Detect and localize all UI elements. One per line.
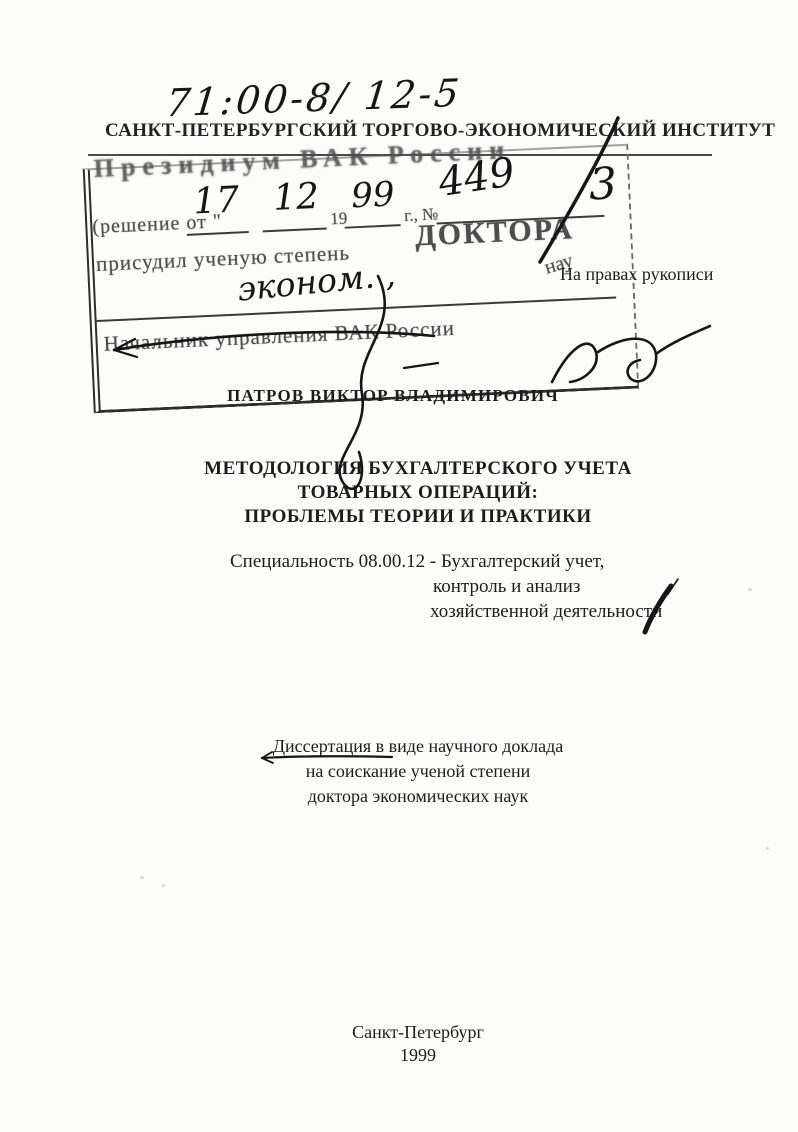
dissertation-line-3: доктора экономических наук	[100, 784, 736, 809]
dissertation-line-1-rest: в виде научного доклада	[371, 736, 563, 756]
handwritten-month: 12	[272, 176, 320, 219]
handwritten-number: 449	[436, 149, 518, 206]
dissertation-underlined-word: Диссертация	[273, 736, 371, 756]
handwritten-number-suffix: 3	[588, 158, 618, 210]
title-line-2: ТОВАРНЫХ ОПЕРАЦИЙ:	[100, 481, 736, 505]
scan-speck	[140, 876, 144, 879]
year: 1999	[100, 1044, 736, 1067]
title-line-3: ПРОБЛЕМЫ ТЕОРИИ И ПРАКТИКИ	[100, 505, 736, 529]
scan-speck	[766, 847, 769, 850]
stamp-official-title: Начальник управления ВАК России	[103, 316, 455, 357]
stamp-degree: ДОКТОРА	[414, 212, 574, 253]
specialty-line-1: Специальность 08.00.12 - Бухгалтерский у…	[230, 549, 690, 574]
scanned-title-page: 71:00-8/ 12-5 САНКТ-ПЕТЕРБУРГСКИЙ ТОРГОВ…	[0, 0, 798, 1132]
scan-speck	[748, 588, 752, 591]
stamp-separator-line	[97, 296, 617, 322]
dissertation-title: МЕТОДОЛОГИЯ БУХГАЛТЕРСКОГО УЧЕТА ТОВАРНЫ…	[100, 457, 736, 529]
dissertation-line-1: Диссертация в виде научного доклада	[100, 734, 736, 759]
dissertation-line-2: на соискание ученой степени	[100, 759, 736, 784]
stamp-blank-line	[345, 224, 401, 229]
specialty-block: Специальность 08.00.12 - Бухгалтерский у…	[230, 549, 690, 624]
handwritten-inventory-number: 71:00-8/ 12-5	[164, 71, 464, 126]
title-line-1: МЕТОДОЛОГИЯ БУХГАЛТЕРСКОГО УЧЕТА	[100, 457, 736, 481]
author-name: ПАТРОВ ВИКТОР ВЛАДИМИРОВИЧ	[75, 386, 711, 406]
specialty-line-2: контроль и анализ	[433, 574, 690, 599]
dissertation-type-block: Диссертация в виде научного доклада на с…	[100, 734, 736, 809]
handwritten-day: 17	[192, 179, 240, 222]
handwritten-year: 99	[350, 174, 395, 216]
official-signature	[656, 326, 710, 354]
city: Санкт-Петербург	[100, 1021, 736, 1044]
stamp-blank-line	[263, 228, 327, 233]
manuscript-note: На правах рукописи	[560, 264, 792, 285]
imprint-block: Санкт-Петербург 1999	[100, 1021, 736, 1067]
scan-speck	[162, 884, 165, 887]
vak-approval-stamp: Президиум ВАК России (решение от " 17 12…	[83, 144, 640, 414]
specialty-line-3: хозяйственной деятельности	[430, 599, 690, 624]
